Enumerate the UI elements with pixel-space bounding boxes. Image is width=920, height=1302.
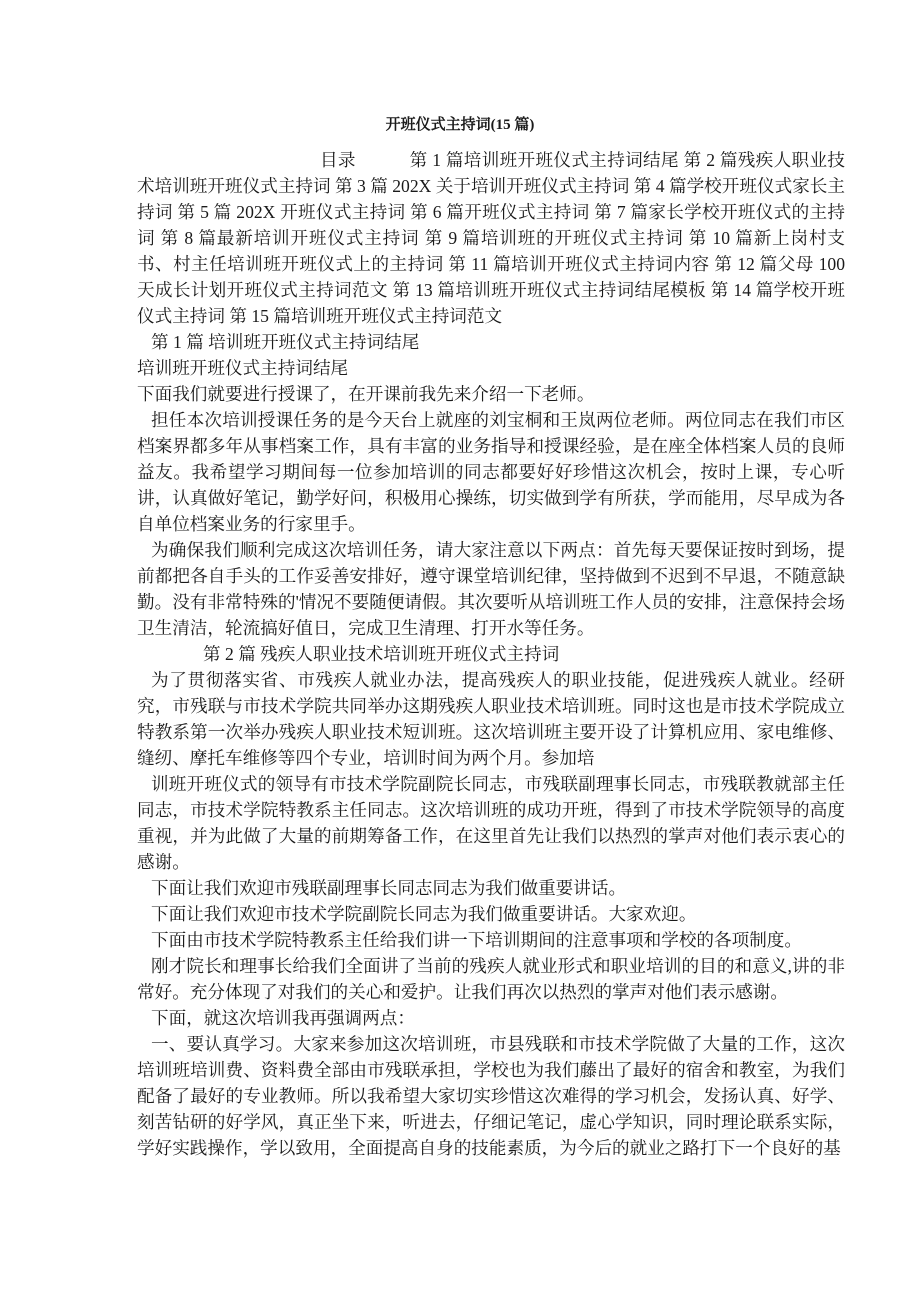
paragraph: 担任本次培训授课任务的是今天台上就座的刘宝桐和王岚两位老师。两位同志在我们市区档… <box>137 407 845 537</box>
paragraph: 一、要认真学习。大家来参加这次培训班，市县残联和市技术学院做了大量的工作，这次培… <box>137 1031 845 1161</box>
paragraph: 下面让我们欢迎市残联副理事长同志同志为我们做重要讲话。 <box>137 875 845 901</box>
paragraph: 下面，就这次培训我再强调两点： <box>137 1005 845 1031</box>
document-page: 开班仪式主持词(15 篇) 目录 第 1 篇培训班开班仪式主持词结尾 第 2 篇… <box>0 0 920 1302</box>
section-heading: 第 1 篇 培训班开班仪式主持词结尾 <box>137 329 845 355</box>
paragraph: 下面我们就要进行授课了，在开课前我先来介绍一下老师。 <box>137 381 845 407</box>
paragraph: 刚才院长和理事长给我们全面讲了当前的残疾人就业形式和职业培训的目的和意义,讲的非… <box>137 953 845 1005</box>
paragraph: 为了贯彻落实省、市残疾人就业办法，提高残疾人的职业技能，促进残疾人就业。经研究，… <box>137 667 845 771</box>
paragraph: 训班开班仪式的领导有市技术学院副院长同志，市残联副理事长同志，市残联教就部主任同… <box>137 771 845 875</box>
paragraph: 下面让我们欢迎市技术学院副院长同志为我们做重要讲话。大家欢迎。 <box>137 901 845 927</box>
document-title: 开班仪式主持词(15 篇) <box>0 112 920 138</box>
paragraph: 为确保我们顺利完成这次培训任务，请大家注意以下两点：首先每天要保证按时到场，提前… <box>137 537 845 641</box>
section-heading: 第 2 篇 残疾人职业技术培训班开班仪式主持词 <box>137 641 845 667</box>
paragraph: 下面由市技术学院特教系主任给我们讲一下培训期间的注意事项和学校的各项制度。 <box>137 927 845 953</box>
document-body: 第 1 篇 培训班开班仪式主持词结尾培训班开班仪式主持词结尾下面我们就要进行授课… <box>137 329 845 1161</box>
paragraph: 培训班开班仪式主持词结尾 <box>137 355 845 381</box>
toc-paragraph: 目录 第 1 篇培训班开班仪式主持词结尾 第 2 篇残疾人职业技术培训班开班仪式… <box>137 147 845 329</box>
